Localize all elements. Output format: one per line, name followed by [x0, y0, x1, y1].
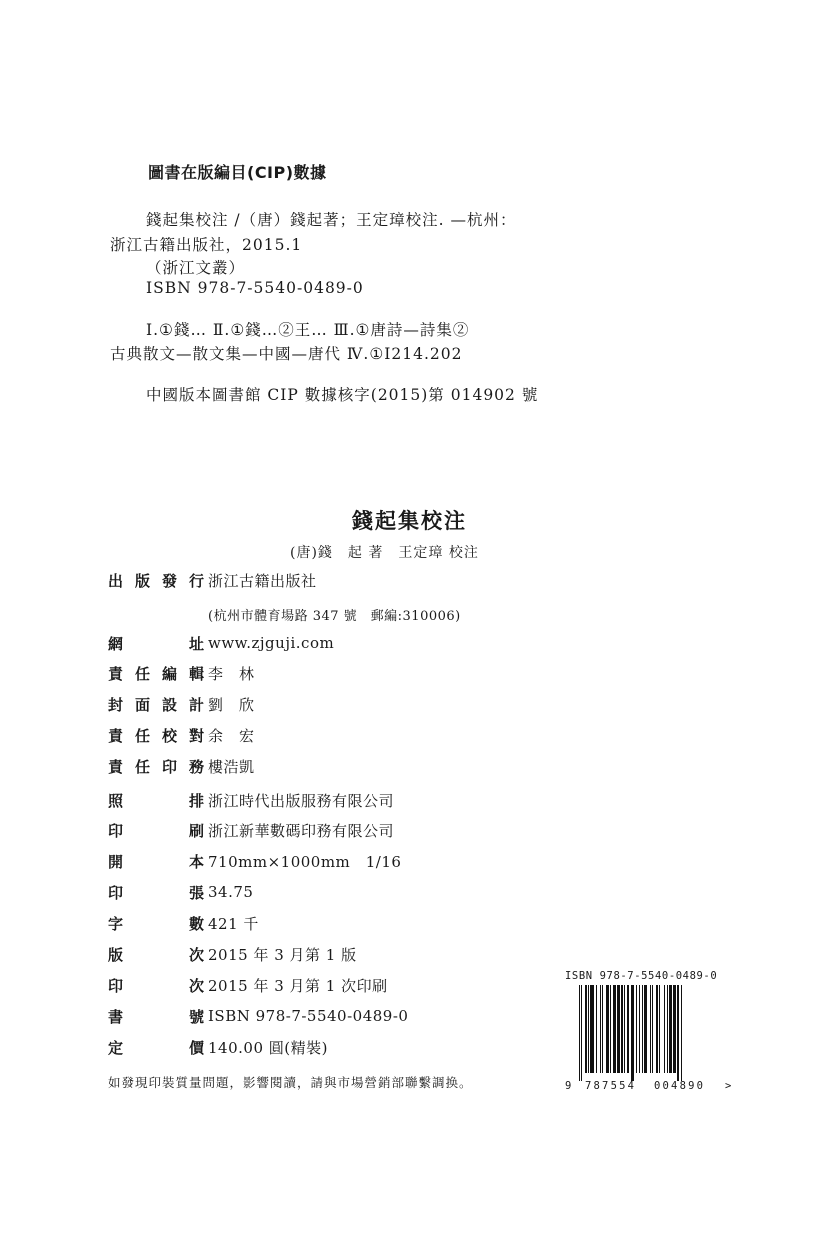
detail-value: 樓浩凱 — [208, 756, 255, 777]
detail-row: 責任編輯李 林 — [108, 661, 255, 685]
detail-label-char: 設 — [162, 694, 177, 715]
detail-row: 網址www.zjguji.com — [108, 631, 334, 655]
detail-label-char: 刷 — [189, 820, 204, 841]
quality-notice: 如發現印裝質量問題，影響閱讀，請與市場營銷部聯繫調换。 — [108, 1073, 473, 1091]
detail-label: 版次 — [108, 944, 204, 965]
cip-heading: 圖書在版編目(CIP)數據 — [148, 160, 327, 183]
detail-label: 印刷 — [108, 820, 204, 841]
barcode-bars — [579, 985, 683, 1083]
barcode-end-mark: > — [725, 1080, 731, 1092]
barcode-isbn-text: ISBN 978-7-5540-0489-0 — [565, 970, 717, 982]
detail-label-char: 封 — [108, 694, 123, 715]
detail-label: 開本 — [108, 851, 204, 872]
barcode-right-group: 004890 — [654, 1080, 705, 1092]
detail-label-char: 次 — [189, 944, 204, 965]
detail-row: 版次2015 年 3 月第 1 版 — [108, 942, 357, 966]
isbn-barcode: ISBN 978-7-5540-0489-0 9 787554 004890 > — [565, 970, 735, 1094]
detail-label-char: 校 — [162, 725, 177, 746]
detail-value: 余 宏 — [208, 725, 255, 746]
detail-label-char: 排 — [189, 790, 204, 811]
cip-line-2: 浙江古籍出版社，2015.1 — [110, 233, 302, 255]
detail-row: 印刷浙江新華數碼印務有限公司 — [108, 818, 394, 842]
cip-line-1: 錢起集校注 /（唐）錢起著；王定璋校注. —杭州： — [146, 208, 517, 230]
detail-label-char: 計 — [189, 694, 204, 715]
detail-label-char: 對 — [189, 725, 204, 746]
detail-label-char: 編 — [162, 663, 177, 684]
detail-label: 責任編輯 — [108, 663, 204, 684]
cip-class-1: Ⅰ.①錢… Ⅱ.①錢…②王… Ⅲ.①唐詩—詩集② — [146, 318, 469, 340]
detail-label-char: 面 — [135, 694, 150, 715]
cip-line-3: （浙江文叢） — [146, 256, 245, 278]
barcode-left-group: 787554 — [585, 1080, 636, 1092]
detail-label: 責任校對 — [108, 725, 204, 746]
detail-label-char: 責 — [108, 725, 123, 746]
detail-label-char: 價 — [189, 1037, 204, 1058]
detail-value: www.zjguji.com — [208, 634, 334, 652]
detail-label-char: 任 — [135, 756, 150, 777]
detail-label-char: 印 — [108, 882, 123, 903]
detail-label-char: 印 — [108, 975, 123, 996]
detail-value: 浙江古籍出版社 — [208, 570, 317, 591]
detail-label-char: 印 — [162, 756, 177, 777]
detail-row: 出版發行浙江古籍出版社 — [108, 568, 317, 592]
detail-value: 421 千 — [208, 913, 259, 934]
detail-value: 劉 欣 — [208, 694, 255, 715]
detail-label-char: 輯 — [189, 663, 204, 684]
detail-row: 封面設計劉 欣 — [108, 692, 255, 716]
detail-label-char: 任 — [135, 663, 150, 684]
detail-label: 字數 — [108, 913, 204, 934]
detail-value: 2015 年 3 月第 1 次印刷 — [208, 975, 388, 996]
detail-label-char: 務 — [189, 756, 204, 777]
book-authors: (唐)錢 起 著 王定璋 校注 — [290, 542, 479, 562]
detail-value: 140.00 圓(精裝) — [208, 1037, 328, 1058]
cip-approval: 中國版本圖書館 CIP 數據核字(2015)第 014902 號 — [146, 383, 538, 405]
detail-row: 責任校對余 宏 — [108, 723, 255, 747]
detail-label-char: 開 — [108, 851, 123, 872]
detail-row: 開本710mm×1000mm 1/16 — [108, 849, 401, 873]
detail-label-char: 發 — [162, 570, 177, 591]
book-title: 錢起集校注 — [352, 505, 467, 535]
detail-value: ISBN 978-7-5540-0489-0 — [208, 1007, 408, 1025]
detail-row: 書號ISBN 978-7-5540-0489-0 — [108, 1004, 408, 1028]
detail-label-char: 責 — [108, 756, 123, 777]
detail-value: 2015 年 3 月第 1 版 — [208, 944, 357, 965]
detail-label-char: 次 — [189, 975, 204, 996]
detail-label: 網址 — [108, 633, 204, 654]
detail-label: 定價 — [108, 1037, 204, 1058]
detail-label-char: 版 — [135, 570, 150, 591]
detail-label-char: 定 — [108, 1037, 123, 1058]
detail-row: 字數421 千 — [108, 911, 259, 935]
detail-label-char: 行 — [189, 570, 204, 591]
cip-isbn: ISBN 978-7-5540-0489-0 — [146, 279, 364, 297]
detail-label: 責任印務 — [108, 756, 204, 777]
detail-label-char: 書 — [108, 1006, 123, 1027]
detail-row: 印次2015 年 3 月第 1 次印刷 — [108, 973, 388, 997]
detail-label: 印次 — [108, 975, 204, 996]
detail-value: 34.75 — [208, 883, 253, 901]
detail-label: 印張 — [108, 882, 204, 903]
detail-label-char: 責 — [108, 663, 123, 684]
publisher-address: (杭州市體育場路 347 號 郵編:310006) — [208, 605, 461, 624]
detail-label-char: 照 — [108, 790, 123, 811]
detail-value: 浙江新華數碼印務有限公司 — [208, 820, 394, 841]
detail-row: 印張34.75 — [108, 880, 253, 904]
detail-label: 封面設計 — [108, 694, 204, 715]
detail-label-char: 址 — [189, 633, 204, 654]
detail-label-char: 網 — [108, 633, 123, 654]
detail-label-char: 字 — [108, 913, 123, 934]
detail-label-char: 版 — [108, 944, 123, 965]
detail-row: 定價140.00 圓(精裝) — [108, 1035, 328, 1059]
detail-label: 出版發行 — [108, 570, 204, 591]
detail-value: 710mm×1000mm 1/16 — [208, 851, 401, 872]
detail-label-char: 出 — [108, 570, 123, 591]
detail-label-char: 張 — [189, 882, 204, 903]
detail-label: 書號 — [108, 1006, 204, 1027]
detail-label-char: 號 — [189, 1006, 204, 1027]
detail-value: 浙江時代出版服務有限公司 — [208, 790, 394, 811]
detail-label-char: 數 — [189, 913, 204, 934]
detail-value: 李 林 — [208, 663, 255, 684]
detail-row: 照排浙江時代出版服務有限公司 — [108, 788, 394, 812]
detail-label: 照排 — [108, 790, 204, 811]
detail-label-char: 本 — [189, 851, 204, 872]
detail-label-char: 任 — [135, 725, 150, 746]
detail-label-char: 印 — [108, 820, 123, 841]
barcode-lead-digit: 9 — [565, 1080, 571, 1092]
cip-class-2: 古典散文—散文集—中國—唐代 Ⅳ.①I214.202 — [110, 342, 462, 364]
detail-row: 責任印務樓浩凱 — [108, 754, 255, 778]
